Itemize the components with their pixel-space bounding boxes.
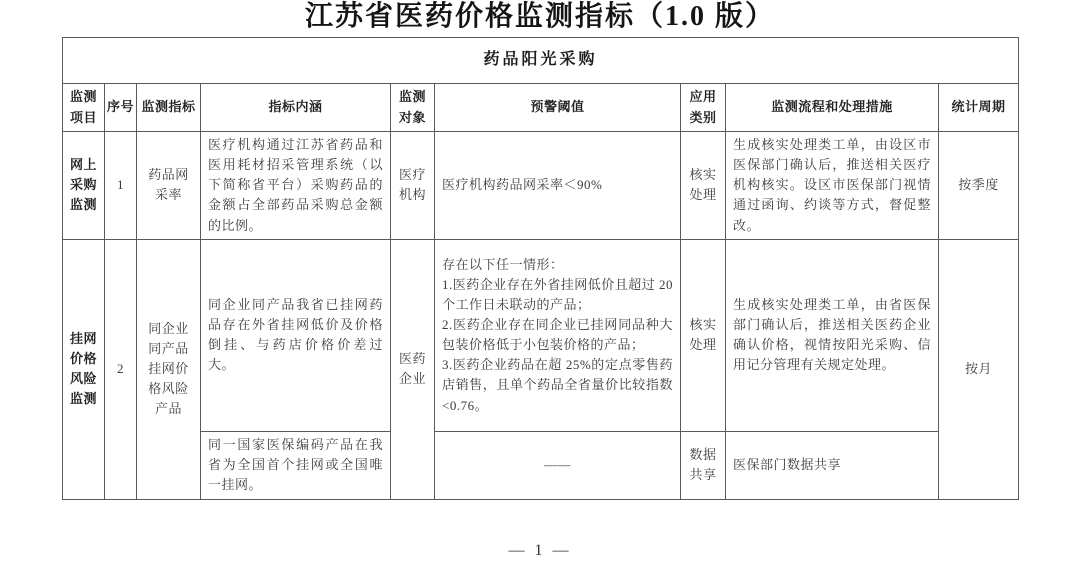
col-header-category: 应用类别	[681, 84, 726, 132]
cell-row2-target: 医药企业	[391, 239, 435, 499]
cell-row1-threshold: 医疗机构药品网采率＜90%	[435, 132, 681, 240]
cell-row1-process: 生成核实处理类工单，由设区市医保部门确认后，推送相关医疗机构核实。设区市医保部门…	[726, 132, 939, 240]
cell-row2b-process: 医保部门数据共享	[726, 431, 939, 499]
cell-row2-indicator: 同企业同产品挂网价格风险产品	[137, 239, 201, 499]
cell-row2a-threshold: 存在以下任一情形： 1.医药企业存在外省挂网低价且超过 20 个工作日未联动的产…	[435, 239, 681, 431]
cell-row2a-content: 同企业同产品我省已挂网药品存在外省挂网低价及价格倒挂、与药店价格价差过大。	[201, 239, 391, 431]
page-number: — 1 —	[0, 542, 1080, 560]
cell-row1-target: 医疗机构	[391, 132, 435, 240]
cell-row2b-category: 数据共享	[681, 431, 726, 499]
col-header-project: 监测项目	[63, 84, 105, 132]
table-row-listing-price-risk-b: 同一国家医保编码产品在我省为全国首个挂网或全国唯一挂网。 —— 数据共享 医保部…	[63, 431, 1019, 499]
col-header-process: 监测流程和处理措施	[726, 84, 939, 132]
cell-row1-project: 网上采购监测	[63, 132, 105, 240]
table-row-listing-price-risk-a: 挂网价格风险监测 2 同企业同产品挂网价格风险产品 同企业同产品我省已挂网药品存…	[63, 239, 1019, 431]
col-header-indicator: 监测指标	[137, 84, 201, 132]
col-header-cycle: 统计周期	[939, 84, 1019, 132]
cell-row2-project: 挂网价格风险监测	[63, 239, 105, 499]
cell-row1-seq: 1	[105, 132, 137, 240]
cell-row2a-process: 生成核实处理类工单，由省医保部门确认后，推送相关医药企业确认价格，视情按阳光采购…	[726, 239, 939, 431]
col-header-content: 指标内涵	[201, 84, 391, 132]
cell-row2b-content: 同一国家医保编码产品在我省为全国首个挂网或全国唯一挂网。	[201, 431, 391, 499]
cell-row1-category: 核实处理	[681, 132, 726, 240]
document-page: 江苏省医药价格监测指标（1.0 版） 药品阳光采购 监测项目 序号 监测指标 指…	[0, 2, 1080, 560]
col-header-seq: 序号	[105, 84, 137, 132]
cell-row1-indicator: 药品网采率	[137, 132, 201, 240]
cell-row2-cycle: 按月	[939, 239, 1019, 499]
document-title: 江苏省医药价格监测指标（1.0 版）	[0, 2, 1080, 32]
col-header-threshold: 预警阈值	[435, 84, 681, 132]
section-banner: 药品阳光采购	[63, 38, 1019, 84]
table-header-row: 监测项目 序号 监测指标 指标内涵 监测对象 预警阈值 应用类别 监测流程和处理…	[63, 84, 1019, 132]
cell-row1-content: 医疗机构通过江苏省药品和医用耗材招采管理系统（以下简称省平台）采购药品的金额占全…	[201, 132, 391, 240]
table-row-online-purchase: 网上采购监测 1 药品网采率 医疗机构通过江苏省药品和医用耗材招采管理系统（以下…	[63, 132, 1019, 240]
monitoring-indicator-table: 药品阳光采购 监测项目 序号 监测指标 指标内涵 监测对象 预警阈值 应用类别 …	[62, 37, 1019, 500]
cell-row2b-threshold: ——	[435, 431, 681, 499]
cell-row2-seq: 2	[105, 239, 137, 499]
cell-row2a-category: 核实处理	[681, 239, 726, 431]
col-header-target: 监测对象	[391, 84, 435, 132]
section-banner-row: 药品阳光采购	[63, 38, 1019, 84]
cell-row1-cycle: 按季度	[939, 132, 1019, 240]
